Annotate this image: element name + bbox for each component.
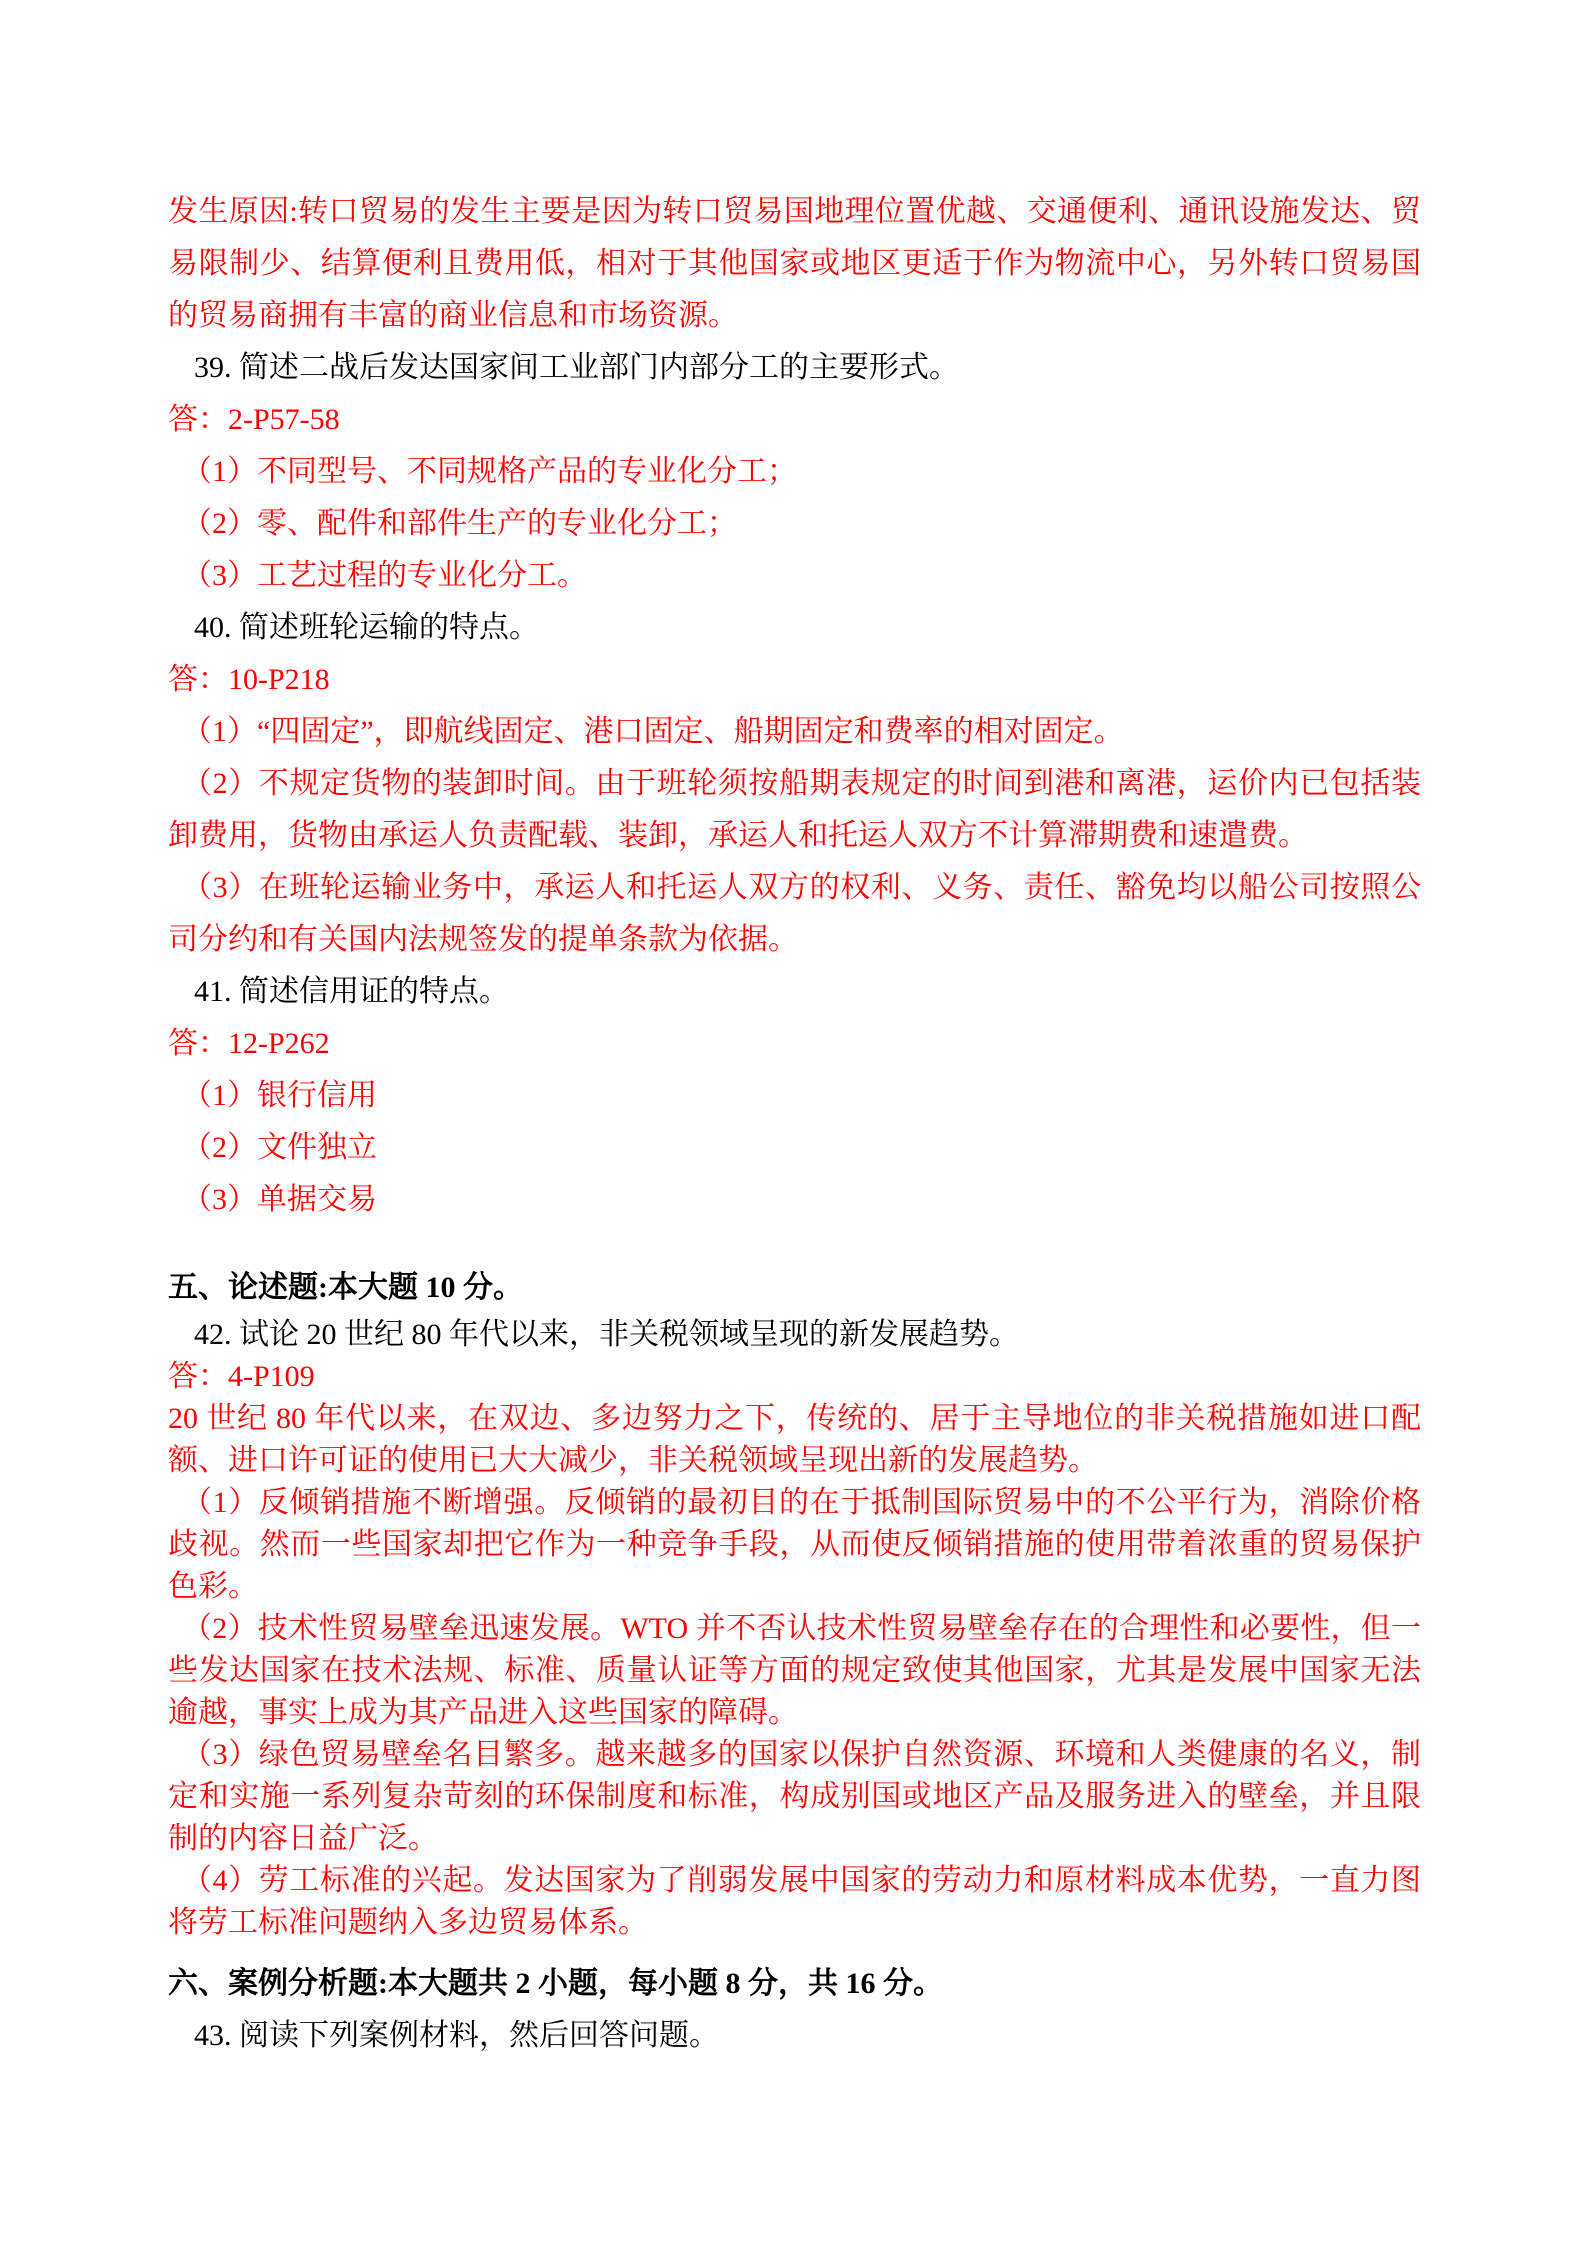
section-6-heading: 六、案例分析题:本大题共 2 小题，每小题 8 分，共 16 分。 bbox=[168, 1958, 1421, 2010]
answer-40-item-1: （1）“四固定”，即航线固定、港口固定、船期固定和费率的相对固定。 bbox=[168, 706, 1421, 758]
answer-41-item-3: （3）单据交易 bbox=[168, 1174, 1421, 1226]
answer-40-item-3: （3）在班轮运输业务中，承运人和托运人双方的权利、义务、责任、豁免均以船公司按照… bbox=[168, 862, 1421, 966]
answer-42-point-1: （1）反倾销措施不断增强。反倾销的最初目的在于抵制国际贸易中的不公平行为，消除价… bbox=[168, 1482, 1421, 1608]
answer-42-point-4: （4）劳工标准的兴起。发达国家为了削弱发展中国家的劳动力和原材料成本优势，一直力… bbox=[168, 1860, 1421, 1944]
exam-answer-document-page: 发生原因:转口贸易的发生主要是因为转口贸易国地理位置优越、交通便利、通讯设施发达… bbox=[0, 0, 1587, 2245]
answer-42-intro: 20 世纪 80 年代以来，在双边、多边努力之下，传统的、居于主导地位的非关税措… bbox=[168, 1398, 1421, 1482]
section-5-heading: 五、论述题:本大题 10 分。 bbox=[168, 1262, 1421, 1314]
answer-40-item-2: （2）不规定货物的装卸时间。由于班轮须按船期表规定的时间到港和离港，运价内已包括… bbox=[168, 758, 1421, 862]
question-43: 43. 阅读下列案例材料，然后回答问题。 bbox=[168, 2010, 1421, 2062]
answer-42-point-2: （2）技术性贸易壁垒迅速发展。WTO 并不否认技术性贸易壁垒存在的合理性和必要性… bbox=[168, 1608, 1421, 1734]
answer-ref-40: 答：10-P218 bbox=[168, 654, 1421, 706]
carryover-answer-paragraph: 发生原因:转口贸易的发生主要是因为转口贸易国地理位置优越、交通便利、通讯设施发达… bbox=[168, 186, 1421, 342]
answer-41-item-2: （2）文件独立 bbox=[168, 1122, 1421, 1174]
answer-39-item-3: （3）工艺过程的专业化分工。 bbox=[168, 550, 1421, 602]
essay-section: 42. 试论 20 世纪 80 年代以来，非关税领域呈现的新发展趋势。 答：4-… bbox=[168, 1314, 1421, 1944]
case-analysis-section: 43. 阅读下列案例材料，然后回答问题。 bbox=[168, 2010, 1421, 2062]
answer-39-item-1: （1）不同型号、不同规格产品的专业化分工； bbox=[168, 446, 1421, 498]
question-39: 39. 简述二战后发达国家间工业部门内部分工的主要形式。 bbox=[168, 342, 1421, 394]
answer-ref-39: 答：2-P57-58 bbox=[168, 394, 1421, 446]
answer-41-item-1: （1）银行信用 bbox=[168, 1070, 1421, 1122]
answer-39-item-2: （2）零、配件和部件生产的专业化分工； bbox=[168, 498, 1421, 550]
answer-ref-42: 答：4-P109 bbox=[168, 1356, 1421, 1398]
short-answer-section: 发生原因:转口贸易的发生主要是因为转口贸易国地理位置优越、交通便利、通讯设施发达… bbox=[168, 186, 1421, 1226]
question-41: 41. 简述信用证的特点。 bbox=[168, 966, 1421, 1018]
answer-ref-41: 答：12-P262 bbox=[168, 1018, 1421, 1070]
answer-42-point-3: （3）绿色贸易壁垒名目繁多。越来越多的国家以保护自然资源、环境和人类健康的名义，… bbox=[168, 1734, 1421, 1860]
question-42: 42. 试论 20 世纪 80 年代以来，非关税领域呈现的新发展趋势。 bbox=[168, 1314, 1421, 1356]
question-40: 40. 简述班轮运输的特点。 bbox=[168, 602, 1421, 654]
